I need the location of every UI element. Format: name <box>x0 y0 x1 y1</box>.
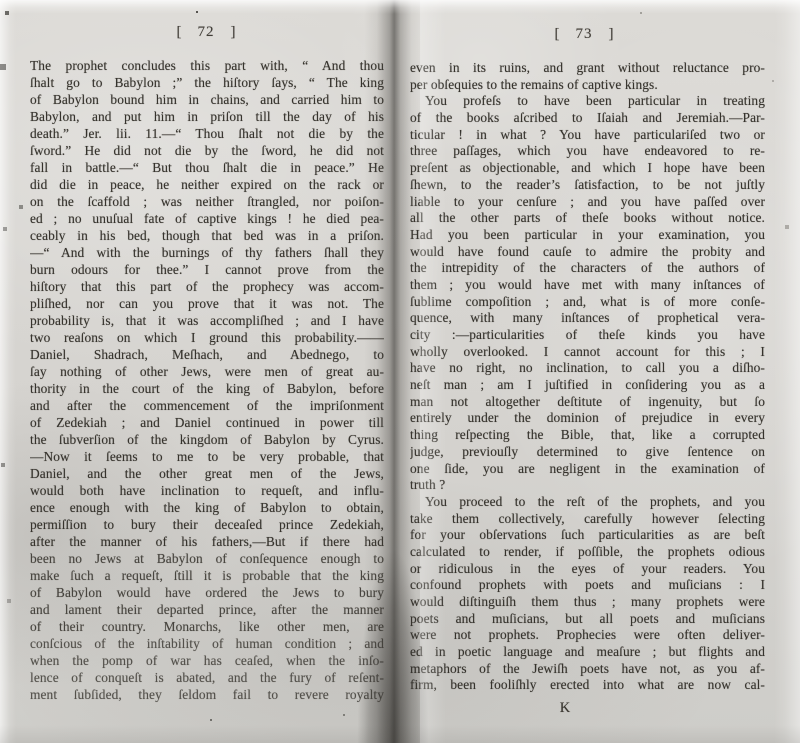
book-scan: [ 72 ] The prophet concludes this part w… <box>0 0 800 743</box>
text-line: have no right, no inclination, to call y… <box>410 360 765 377</box>
text-line: preſent as objectionable, and which I ho… <box>410 160 765 177</box>
text-line: truth ? <box>410 477 765 494</box>
text-line: all the other parts of theſe books witho… <box>410 210 765 227</box>
text-line: pliſhed, nor can you prove that it was n… <box>30 295 384 312</box>
bracket-close: ] <box>231 24 236 41</box>
text-line: —Now it ſeems to me to be very probable,… <box>30 448 384 465</box>
text-line: on the ſcaffold ; was neither ſtrangled,… <box>30 193 384 210</box>
bracket-close: ] <box>609 26 614 43</box>
text-line: were not prophets. Prophecies were often… <box>410 627 765 644</box>
text-line: ceably in his bed, though that bed was i… <box>30 227 384 244</box>
text-line: or ridiculous in the eyes of your reader… <box>410 561 765 578</box>
text-line: Daniel, Shadrach, Meſhach, and Abednego,… <box>30 346 384 363</box>
text-line: confound prophets with poets and muſicia… <box>410 577 765 594</box>
scan-left-edge <box>0 0 16 743</box>
text-line: Daniel, and the other great men of the J… <box>30 465 384 482</box>
text-line: ſhewn, to the reader’s ſatisfaction, to … <box>410 177 765 194</box>
text-line: and lament their departed prince, after … <box>30 601 384 618</box>
text-line: burn odours for thee.” I cannot prove fr… <box>30 261 384 278</box>
text-line: would both have inclination to requeſt, … <box>30 482 384 499</box>
signature-mark: K <box>410 700 720 717</box>
text-line: You proceed to the reſt of the prophets,… <box>410 494 765 511</box>
text-line: ticular ! in what ? You have particulari… <box>410 127 765 144</box>
text-line: Babylon, and put him in priſon till the … <box>30 108 384 125</box>
text-line: ed in poetic language and meaſure ; but … <box>410 644 765 661</box>
text-line: firm, been fooliſhly erected into what a… <box>410 677 765 694</box>
text-line: would have found cauſe to admire the pro… <box>410 244 765 261</box>
page-number-73: 73 <box>576 26 593 43</box>
text-line: ſay nothing of other Jews, were men of g… <box>30 363 384 380</box>
text-line: fall in battle.—“ But thou ſhalt die in … <box>30 159 384 176</box>
text-line: metaphors of the Jewiſh poets have not, … <box>410 661 765 678</box>
text-line: when the pomp of war has ceaſed, when th… <box>30 652 384 669</box>
text-line: ſhalt go to Babylon ;” the hiſtory ſays,… <box>30 74 384 91</box>
text-line: thing reſpecting the Bible, that, like a… <box>410 427 765 444</box>
text-line: entirely under the dominion of prejudice… <box>410 410 765 427</box>
text-line: calculated to render, if poſſible, the p… <box>410 544 765 561</box>
text-line: lence of conqueſt is abated, and the fur… <box>30 669 384 686</box>
text-line: been no Jews at Babylon of conſequence e… <box>30 550 384 567</box>
scan-right-edge <box>774 0 800 743</box>
text-line: the ſubverſion of the kingdom of Babylon… <box>30 431 384 448</box>
text-line: for your obſervations ſuch particulariti… <box>410 527 765 544</box>
text-line: You profeſs to have been particular in t… <box>410 93 765 110</box>
page-73-running-head: [ 73 ] <box>410 26 758 43</box>
text-line: poets and muſicians, but all poets and m… <box>410 611 765 628</box>
text-line: liable to your cenſure ; and you have pa… <box>410 194 765 211</box>
text-line: per obſequies to the remains of captive … <box>410 77 765 94</box>
text-line: The prophet concludes this part with, “ … <box>30 57 384 74</box>
text-line: conſcious of the inſtability of human co… <box>30 635 384 652</box>
text-line: of Zedekiah ; and Daniel continued in po… <box>30 414 384 431</box>
text-line: ence enough with the king of Babylon to … <box>30 499 384 516</box>
scan-bottom-edge <box>0 725 800 743</box>
text-line: them ; you would have met with many inſt… <box>410 277 765 294</box>
text-line: did die in peace, he neither expired on … <box>30 176 384 193</box>
text-line: of the books aſcribed to Iſaiah and Jere… <box>410 110 765 127</box>
text-line: ed ; no unuſual fate of captive kings ! … <box>30 210 384 227</box>
text-line: take them collectively, carefully howeve… <box>410 511 765 528</box>
text-line: permiſſion to bury their deceaſed prince… <box>30 516 384 533</box>
page-number-72: 72 <box>198 24 215 41</box>
text-line: would diſtinguiſh them thus ; many proph… <box>410 594 765 611</box>
text-line: three paſſages, which you have endeavore… <box>410 143 765 160</box>
text-line: man not altogether deſtitute of ingenuit… <box>410 394 765 411</box>
text-line: of Babylon bound him in chains, and carr… <box>30 91 384 108</box>
text-line: probability is, that it was accompliſhed… <box>30 312 384 329</box>
text-line: hiſtory that this part of the prophecy w… <box>30 278 384 295</box>
text-line: judge, previouſly determined to give ſen… <box>410 444 765 461</box>
text-line: two reaſons on which I ground this proba… <box>30 329 384 346</box>
text-line: thority in the court of the king of Baby… <box>30 380 384 397</box>
bracket-open: [ <box>555 26 560 43</box>
text-line: of their country. Monarchs, like other m… <box>30 618 384 635</box>
text-line: the intrepidity of the characters of the… <box>410 260 765 277</box>
page-73-text-column: even in its ruins, and grant without rel… <box>410 60 765 694</box>
text-line: after the manner of his fathers,—But if … <box>30 533 384 550</box>
text-line: make ſuch a requeſt, ſtill it is probabl… <box>30 567 384 584</box>
text-line: ſublime compoſition ; and, what is of mo… <box>410 294 765 311</box>
scan-top-edge <box>0 0 800 14</box>
text-line: city :—particularities of theſe kinds yo… <box>410 327 765 344</box>
text-line: neſt man ; am I juſtified in conſidering… <box>410 377 765 394</box>
text-line: one ſide, you are negligent in the exami… <box>410 461 765 478</box>
text-line: ſword.” He did not die by the ſword, he … <box>30 142 384 159</box>
text-line: of Babylon would have ordered the Jews t… <box>30 584 384 601</box>
text-line: and after the commencement of the impriſ… <box>30 397 384 414</box>
text-line: quence, with many inſtances of prophetic… <box>410 310 765 327</box>
text-line: wholly overlooked. I cannot account for … <box>410 344 765 361</box>
page-72-running-head: [ 72 ] <box>30 24 382 41</box>
text-line: ment ſubſided, they ſeldom fail to rever… <box>30 686 384 703</box>
page-72-text-column: The prophet concludes this part with, “ … <box>30 57 384 703</box>
text-line: even in its ruins, and grant without rel… <box>410 60 765 77</box>
text-line: —“ And with the burnings of thy fathers … <box>30 244 384 261</box>
text-line: death.” Jer. lii. 11.—“ Thou ſhalt not d… <box>30 125 384 142</box>
text-line: Had you been particular in your examinat… <box>410 227 765 244</box>
bracket-open: [ <box>177 24 182 41</box>
page-curl-highlight <box>420 0 446 743</box>
